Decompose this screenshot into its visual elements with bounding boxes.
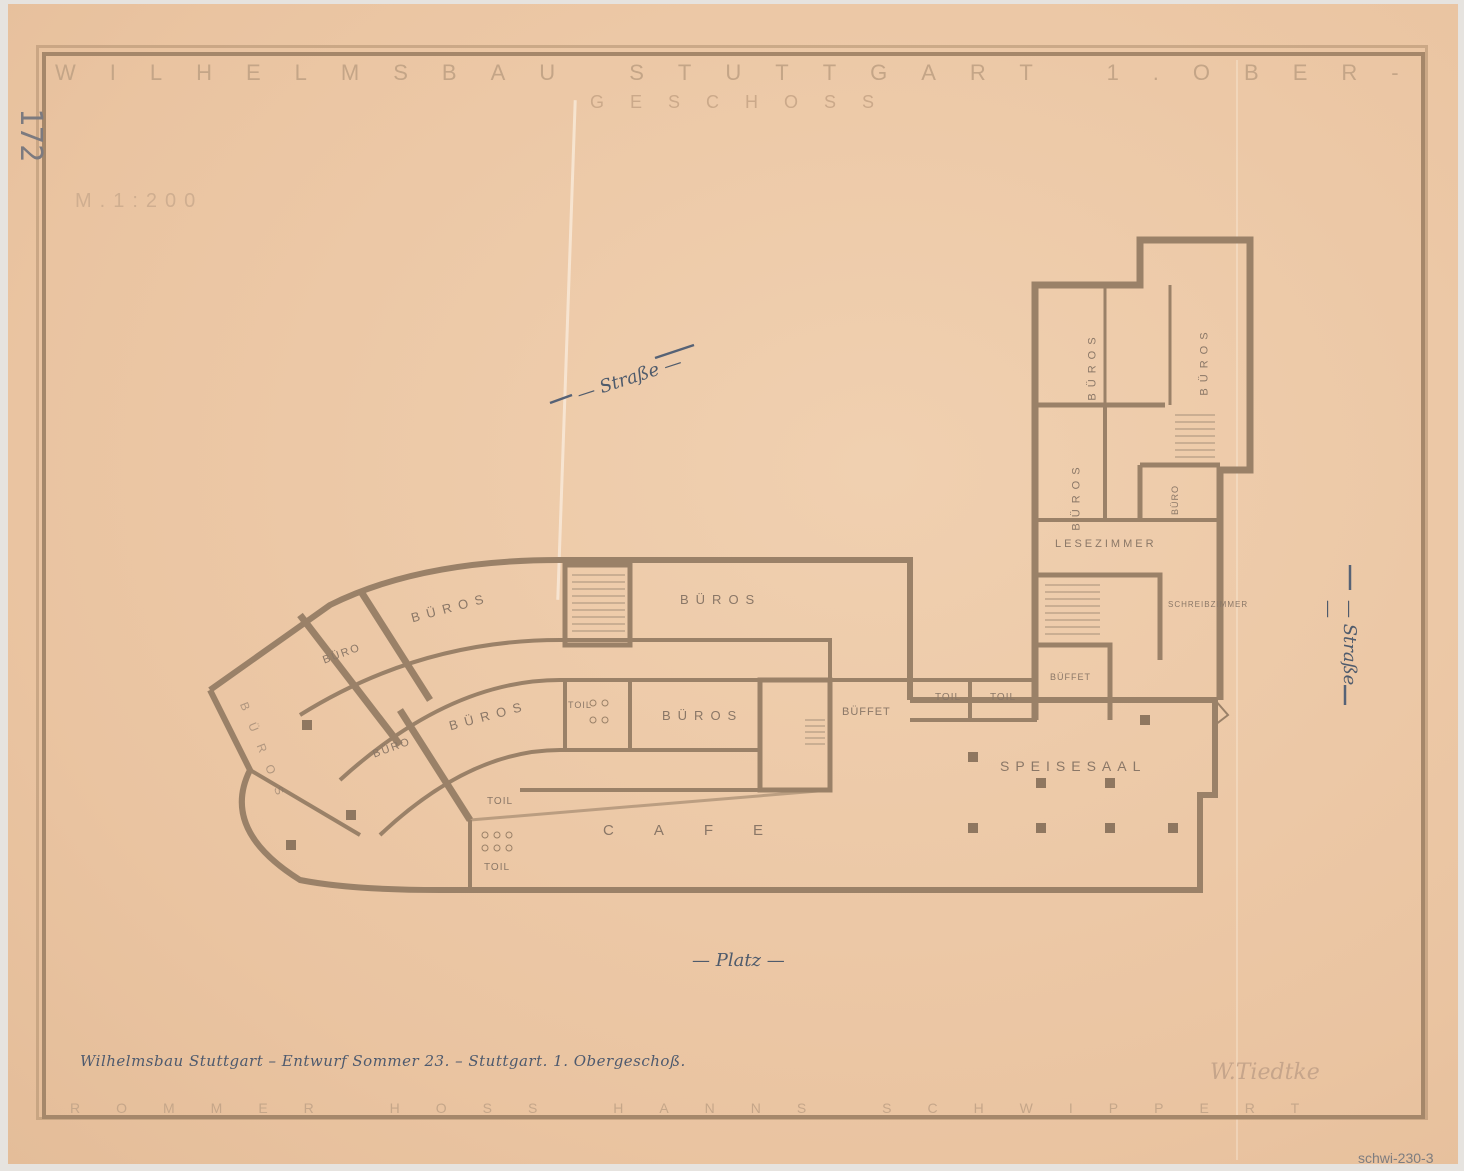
room-label-buros-top: BÜROS [680, 592, 761, 607]
room-label-toil-center: TOIL [568, 700, 592, 710]
room-label-lesezimmer: LESEZIMMER [1055, 538, 1157, 550]
room-label-buro-east: BÜRO [1170, 485, 1180, 515]
room-label-buffet: BÜFFET [842, 706, 891, 718]
handwritten-caption: Wilhelmsbau Stuttgart – Entwurf Sommer 2… [80, 1052, 686, 1070]
street-label-right: — Straße — [1318, 600, 1360, 704]
signature: W.Tiedtke [1210, 1060, 1320, 1085]
room-label-buros-north-right: BÜROS [1199, 326, 1211, 395]
room-label-schreibzimmer: SCHREIBZIMMER [1168, 600, 1213, 609]
room-label-toil-4: TOIL [990, 692, 1016, 703]
room-label-speisesaal: SPEISESAAL [1000, 758, 1146, 774]
room-label-toil-2: TOIL [484, 862, 510, 873]
room-label-buros-mid: BÜROS [662, 708, 743, 723]
floor-plan [0, 0, 1464, 1171]
room-label-cafe: CAFE [603, 822, 803, 839]
room-label-buros-east: BÜROS [1071, 461, 1083, 530]
archive-id: schwi-230-3 [1358, 1150, 1433, 1166]
room-label-toil-1: TOIL [487, 796, 513, 807]
room-label-buffet-2: BÜFFET [1050, 672, 1090, 682]
room-label-toil-3: TOIL [935, 692, 961, 703]
street-label-bottom: — Platz — [692, 950, 785, 971]
room-label-buros-north-left: BÜROS [1087, 331, 1099, 400]
